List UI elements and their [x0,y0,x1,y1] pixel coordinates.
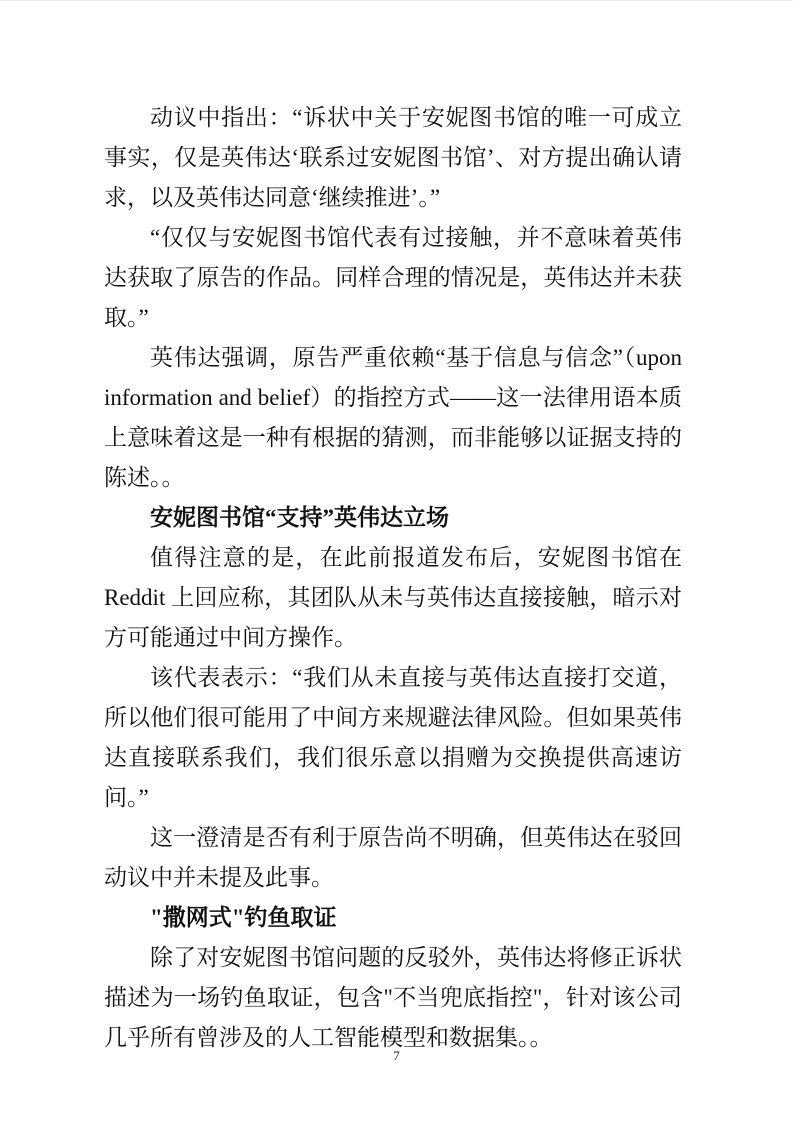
section-heading: 安妮图书馆“支持”英伟达立场 [104,498,682,538]
paragraph: 动议中指出：“诉状中关于安妮图书馆的唯一可成立事实，仅是英伟达‘联系过安妮图书馆… [104,98,682,218]
document-body: 动议中指出：“诉状中关于安妮图书馆的唯一可成立事实，仅是英伟达‘联系过安妮图书馆… [104,98,682,1058]
paragraph: “仅仅与安妮图书馆代表有过接触，并不意味着英伟达获取了原告的作品。同样合理的情况… [104,218,682,338]
page-number: 7 [0,1047,793,1065]
section-heading: "撒网式"钓鱼取证 [104,898,682,938]
document-page: 动议中指出：“诉状中关于安妮图书馆的唯一可成立事实，仅是英伟达‘联系过安妮图书馆… [0,0,793,1122]
paragraph: 除了对安妮图书馆问题的反驳外，英伟达将修正诉状描述为一场钓鱼取证，包含"不当兜底… [104,938,682,1058]
paragraph: 英伟达强调，原告严重依赖“基于信息与信念”（upon information a… [104,338,682,498]
paragraph: 该代表表示：“我们从未直接与英伟达直接打交道，所以他们很可能用了中间方来规避法律… [104,658,682,818]
paragraph: 值得注意的是，在此前报道发布后，安妮图书馆在 Reddit 上回应称，其团队从未… [104,538,682,658]
paragraph: 这一澄清是否有利于原告尚不明确，但英伟达在驳回动议中并未提及此事。 [104,818,682,898]
